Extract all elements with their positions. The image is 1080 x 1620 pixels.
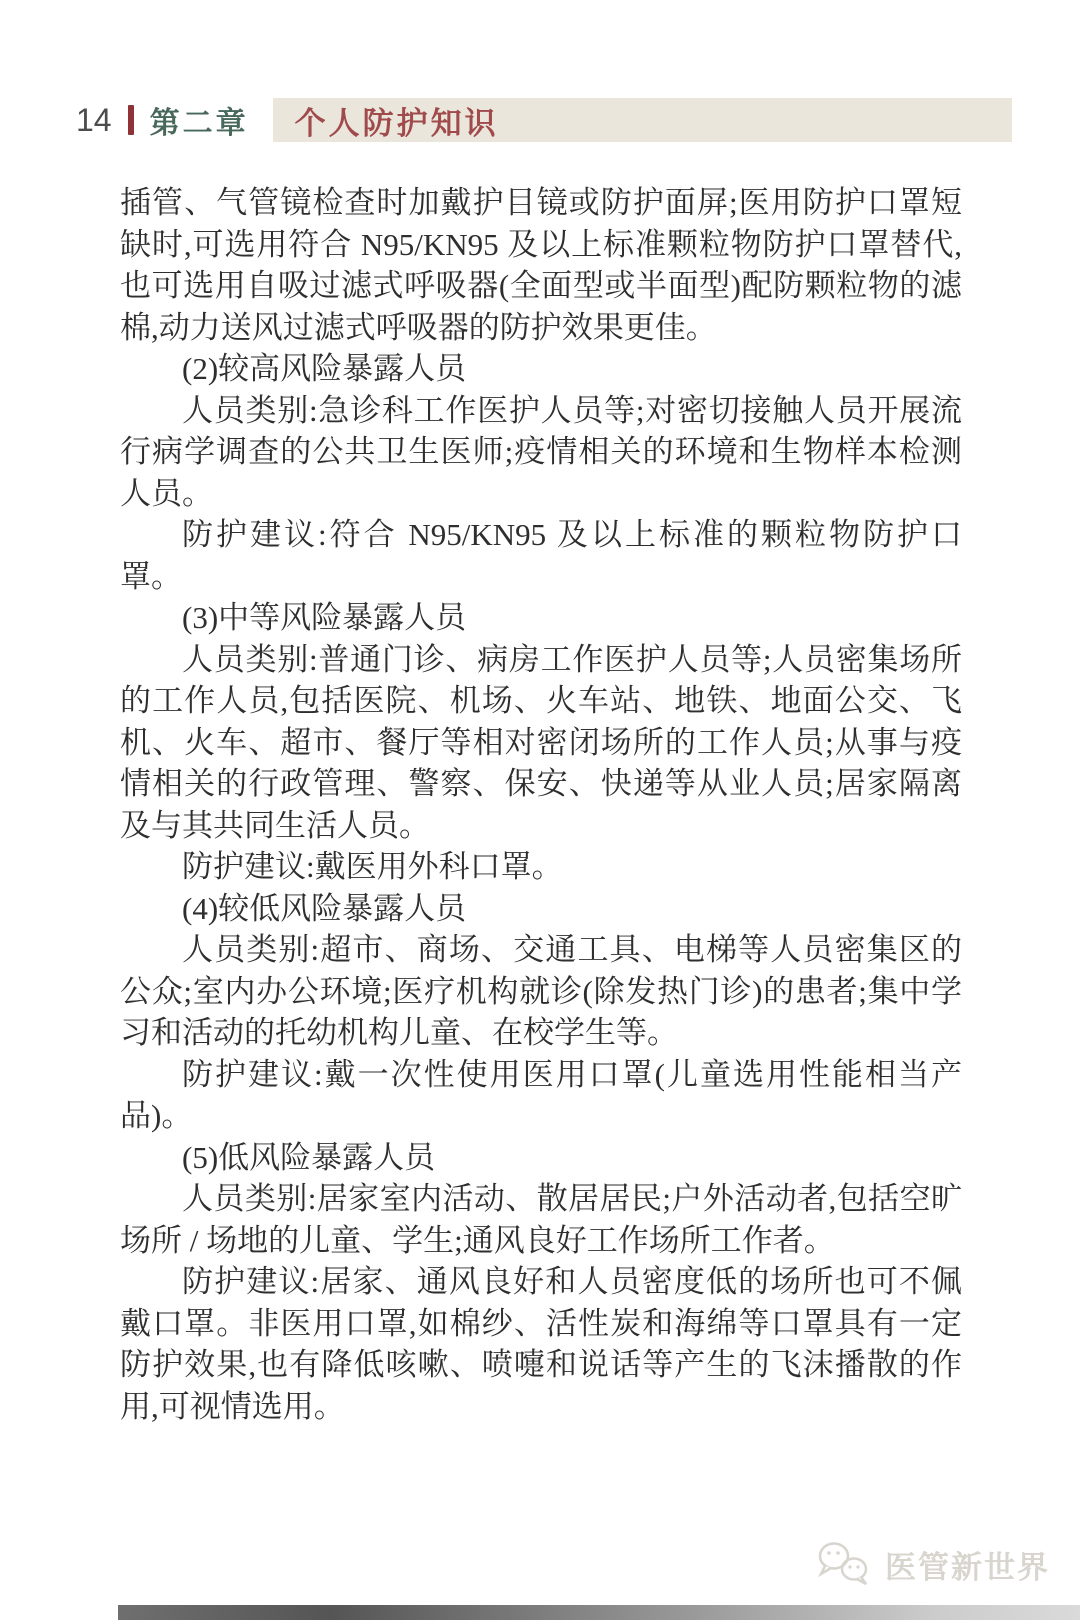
bottom-gradient-bar: [118, 1605, 1080, 1620]
paragraph: 防护建议:戴一次性使用医用口罩(儿童选用性能相当产品)。: [120, 1054, 962, 1137]
paragraph: 插管、气管镜检查时加戴护目镜或防护面屏;医用防护口罩短缺时,可选用符合 N95/…: [120, 182, 962, 348]
section-heading: (5)低风险暴露人员: [120, 1137, 962, 1179]
section-heading: (2)较高风险暴露人员: [120, 348, 962, 390]
chat-bubbles-logo-icon: [813, 1538, 875, 1590]
watermark: 医管新世界: [813, 1538, 1050, 1590]
chapter-title: 个人防护知识: [295, 98, 499, 143]
section-heading: (3)中等风险暴露人员: [120, 597, 962, 639]
book-page: 14 第二章 个人防护知识 插管、气管镜检查时加戴护目镜或防护面屏;医用防护口罩…: [0, 0, 1080, 1620]
watermark-text: 医管新世界: [885, 1542, 1050, 1587]
paragraph: 防护建议:符合 N95/KN95 及以上标准的颗粒物防护口罩。: [120, 514, 962, 597]
page-number: 14: [76, 98, 112, 142]
paragraph: 防护建议:居家、通风良好和人员密度低的场所也可不佩戴口罩。非医用口罩,如棉纱、活…: [120, 1261, 962, 1427]
paragraph: 人员类别:普通门诊、病房工作医护人员等;人员密集场所的工作人员,包括医院、机场、…: [120, 639, 962, 847]
paragraph: 人员类别:急诊科工作医护人员等;对密切接触人员开展流行病学调查的公共卫生医师;疫…: [120, 390, 962, 515]
paragraph: 防护建议:戴医用外科口罩。: [120, 846, 962, 888]
paragraph: 人员类别:超市、商场、交通工具、电梯等人员密集区的公众;室内办公环境;医疗机构就…: [120, 929, 962, 1054]
header-divider-bar: [128, 105, 134, 135]
chapter-label: 第二章: [150, 98, 249, 142]
page-header: 14 第二章 个人防护知识: [76, 98, 1012, 142]
content: 插管、气管镜检查时加戴护目镜或防护面屏;医用防护口罩短缺时,可选用符合 N95/…: [120, 182, 962, 1427]
paragraph: 人员类别:居家室内活动、散居居民;户外活动者,包括空旷场所 / 场地的儿童、学生…: [120, 1178, 962, 1261]
chapter-title-strip: 个人防护知识: [273, 98, 1012, 142]
section-heading: (4)较低风险暴露人员: [120, 888, 962, 930]
